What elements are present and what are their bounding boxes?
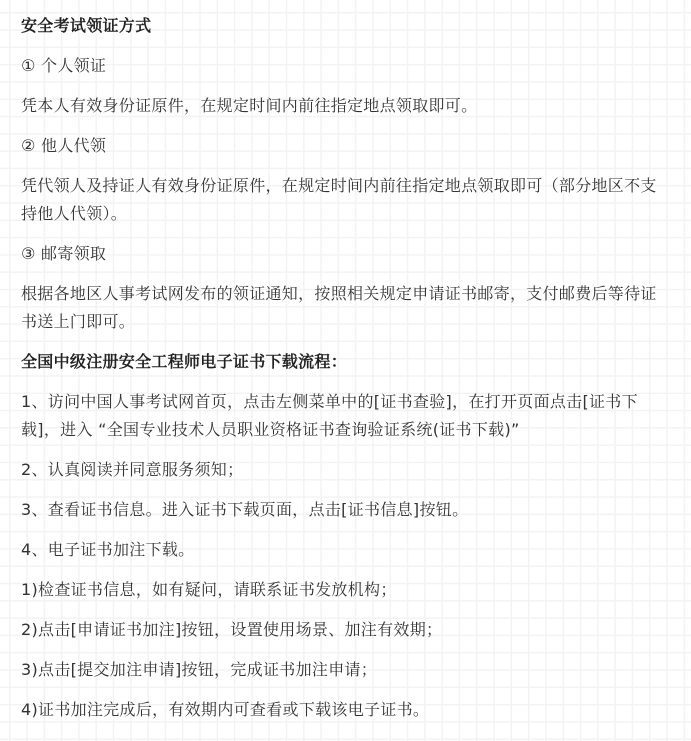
article-body: 安全考试领证方式 ① 个人领证 凭本人有效身份证原件，在规定时间内前往指定地点领… (0, 0, 691, 741)
list-item-mail-collection: ③ 邮寄领取 (21, 240, 668, 268)
step-2-read-agree: 2、认真阅读并同意服务须知； (21, 456, 668, 484)
list-item-proxy-collection: ② 他人代领 (21, 132, 668, 160)
substep-2-apply-annotation: 2)点击[申请证书加注]按钮，设置使用场景、加注有效期； (21, 616, 668, 644)
page-background: { "page": { "language": "zh-CN", "backgr… (0, 0, 691, 741)
substep-4-view-download: 4)证书加注完成后，有效期内可查看或下载该电子证书。 (21, 696, 668, 724)
section-heading-ecert-download-process: 全国中级注册安全工程师电子证书下载流程： (21, 348, 668, 376)
substep-1-check-info: 1)检查证书信息，如有疑问，请联系证书发放机构； (21, 576, 668, 604)
paragraph-personal-collection-detail: 凭本人有效身份证原件，在规定时间内前往指定地点领取即可。 (21, 92, 668, 120)
list-item-personal-collection: ① 个人领证 (21, 52, 668, 80)
step-3-view-certificate-info: 3、查看证书信息。进入证书下载页面，点击[证书信息]按钮。 (21, 496, 668, 524)
section-heading-certificate-collection: 安全考试领证方式 (21, 12, 668, 40)
step-1-visit-site: 1、访问中国人事考试网首页，点击左侧菜单中的[证书查验]，在打开页面点击[证书下… (21, 388, 668, 444)
step-4-ecert-annotation-download: 4、电子证书加注下载。 (21, 536, 668, 564)
substep-3-submit-annotation: 3)点击[提交加注申请]按钮，完成证书加注申请； (21, 656, 668, 684)
paragraph-proxy-collection-detail: 凭代领人及持证人有效身份证原件，在规定时间内前往指定地点领取即可（部分地区不支持… (21, 172, 668, 228)
paragraph-mail-collection-detail: 根据各地区人事考试网发布的领证通知，按照相关规定申请证书邮寄，支付邮费后等待证书… (21, 280, 668, 336)
